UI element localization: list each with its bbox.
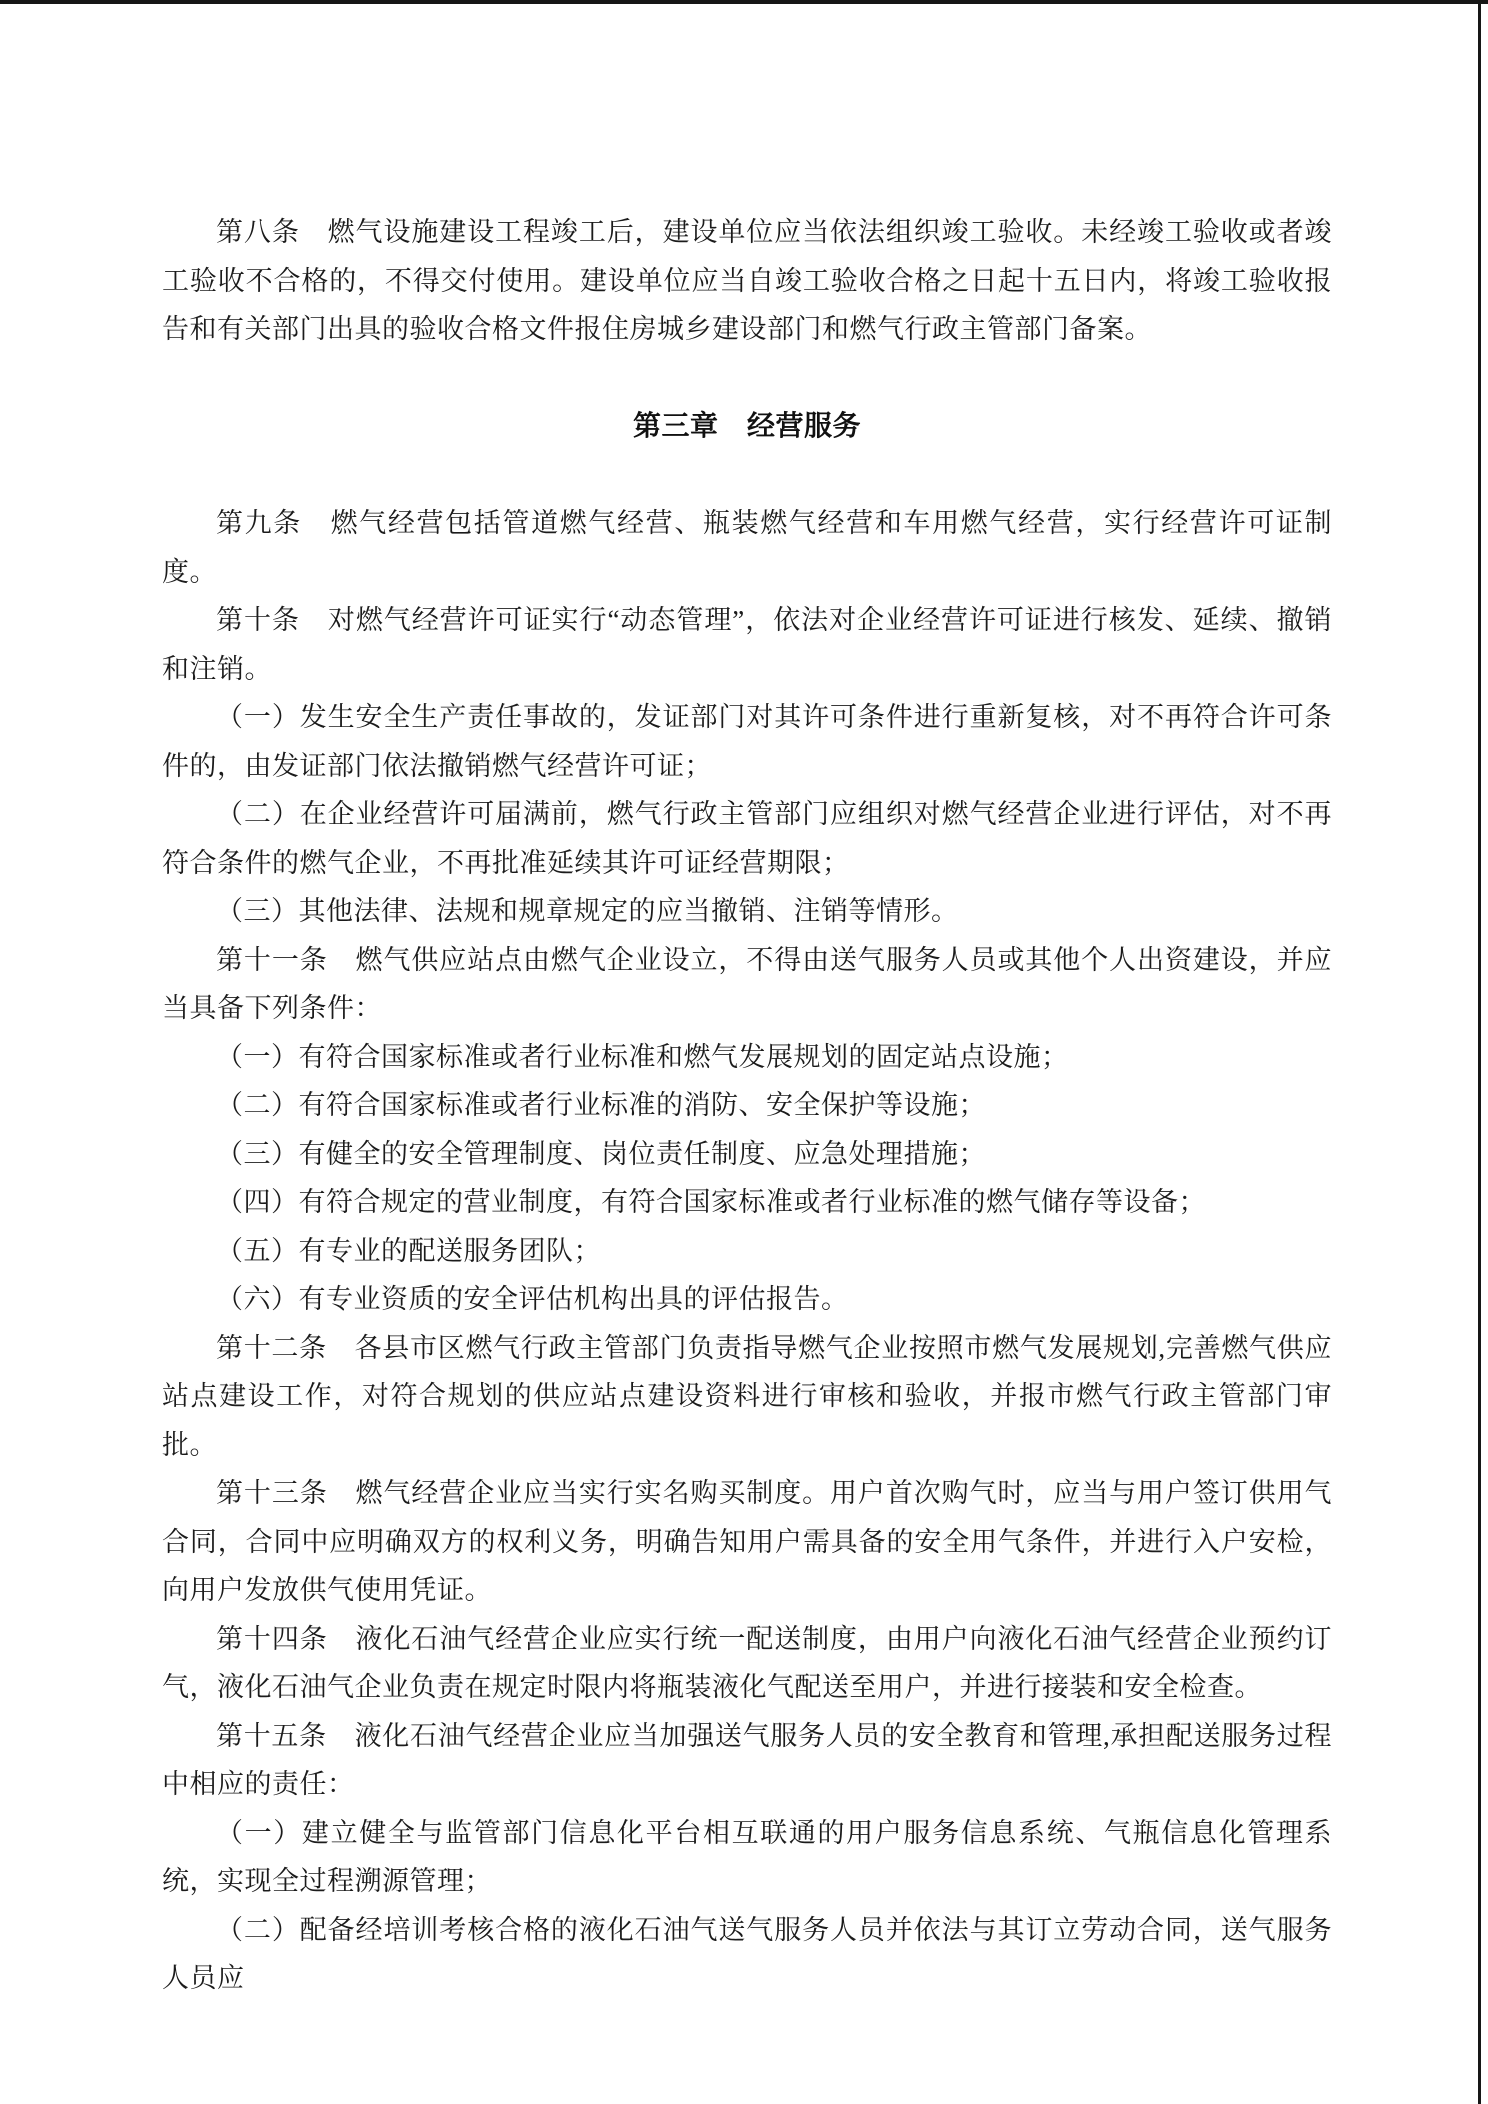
article-11-item-5: （五）有专业的配送服务团队； <box>162 1227 1332 1276</box>
document-content: 第八条 燃气设施建设工程竣工后，建设单位应当依法组织竣工验收。未经竣工验收或者竣… <box>162 208 1332 2003</box>
article-10-item-1: （一）发生安全生产责任事故的，发证部门对其许可条件进行重新复核，对不再符合许可条… <box>162 693 1332 790</box>
paragraph-article-10: 第十条 对燃气经营许可证实行“动态管理”，依法对企业经营许可证进行核发、延续、撤… <box>162 596 1332 693</box>
article-11-item-6: （六）有专业资质的安全评估机构出具的评估报告。 <box>162 1275 1332 1324</box>
scan-right-edge <box>1478 0 1481 2104</box>
paragraph-article-14: 第十四条 液化石油气经营企业应实行统一配送制度，由用户向液化石油气经营企业预约订… <box>162 1615 1332 1712</box>
paragraph-article-8: 第八条 燃气设施建设工程竣工后，建设单位应当依法组织竣工验收。未经竣工验收或者竣… <box>162 208 1332 354</box>
paragraph-article-13: 第十三条 燃气经营企业应当实行实名购买制度。用户首次购气时，应当与用户签订供用气… <box>162 1469 1332 1615</box>
article-11-item-2: （二）有符合国家标准或者行业标准的消防、安全保护等设施； <box>162 1081 1332 1130</box>
article-11-item-1: （一）有符合国家标准或者行业标准和燃气发展规划的固定站点设施； <box>162 1033 1332 1082</box>
article-10-item-2: （二）在企业经营许可届满前，燃气行政主管部门应组织对燃气经营企业进行评估，对不再… <box>162 790 1332 887</box>
paragraph-article-12: 第十二条 各县市区燃气行政主管部门负责指导燃气企业按照市燃气发展规划,完善燃气供… <box>162 1324 1332 1470</box>
paragraph-article-15: 第十五条 液化石油气经营企业应当加强送气服务人员的安全教育和管理,承担配送服务过… <box>162 1712 1332 1809</box>
paragraph-article-9: 第九条 燃气经营包括管道燃气经营、瓶装燃气经营和车用燃气经营，实行经营许可证制度… <box>162 499 1332 596</box>
article-11-item-4: （四）有符合规定的营业制度，有符合国家标准或者行业标准的燃气储存等设备； <box>162 1178 1332 1227</box>
article-10-item-3: （三）其他法律、法规和规章规定的应当撤销、注销等情形。 <box>162 887 1332 936</box>
paragraph-article-11: 第十一条 燃气供应站点由燃气企业设立，不得由送气服务人员或其他个人出资建设，并应… <box>162 936 1332 1033</box>
article-11-item-3: （三）有健全的安全管理制度、岗位责任制度、应急处理措施； <box>162 1130 1332 1179</box>
document-page: 第八条 燃气设施建设工程竣工后，建设单位应当依法组织竣工验收。未经竣工验收或者竣… <box>0 0 1488 2104</box>
article-15-item-2: （二）配备经培训考核合格的液化石油气送气服务人员并依法与其订立劳动合同，送气服务… <box>162 1906 1332 2003</box>
scan-top-edge <box>0 0 1488 4</box>
article-15-item-1: （一）建立健全与监管部门信息化平台相互联通的用户服务信息系统、气瓶信息化管理系统… <box>162 1809 1332 1906</box>
chapter-3-heading: 第三章 经营服务 <box>162 402 1332 451</box>
